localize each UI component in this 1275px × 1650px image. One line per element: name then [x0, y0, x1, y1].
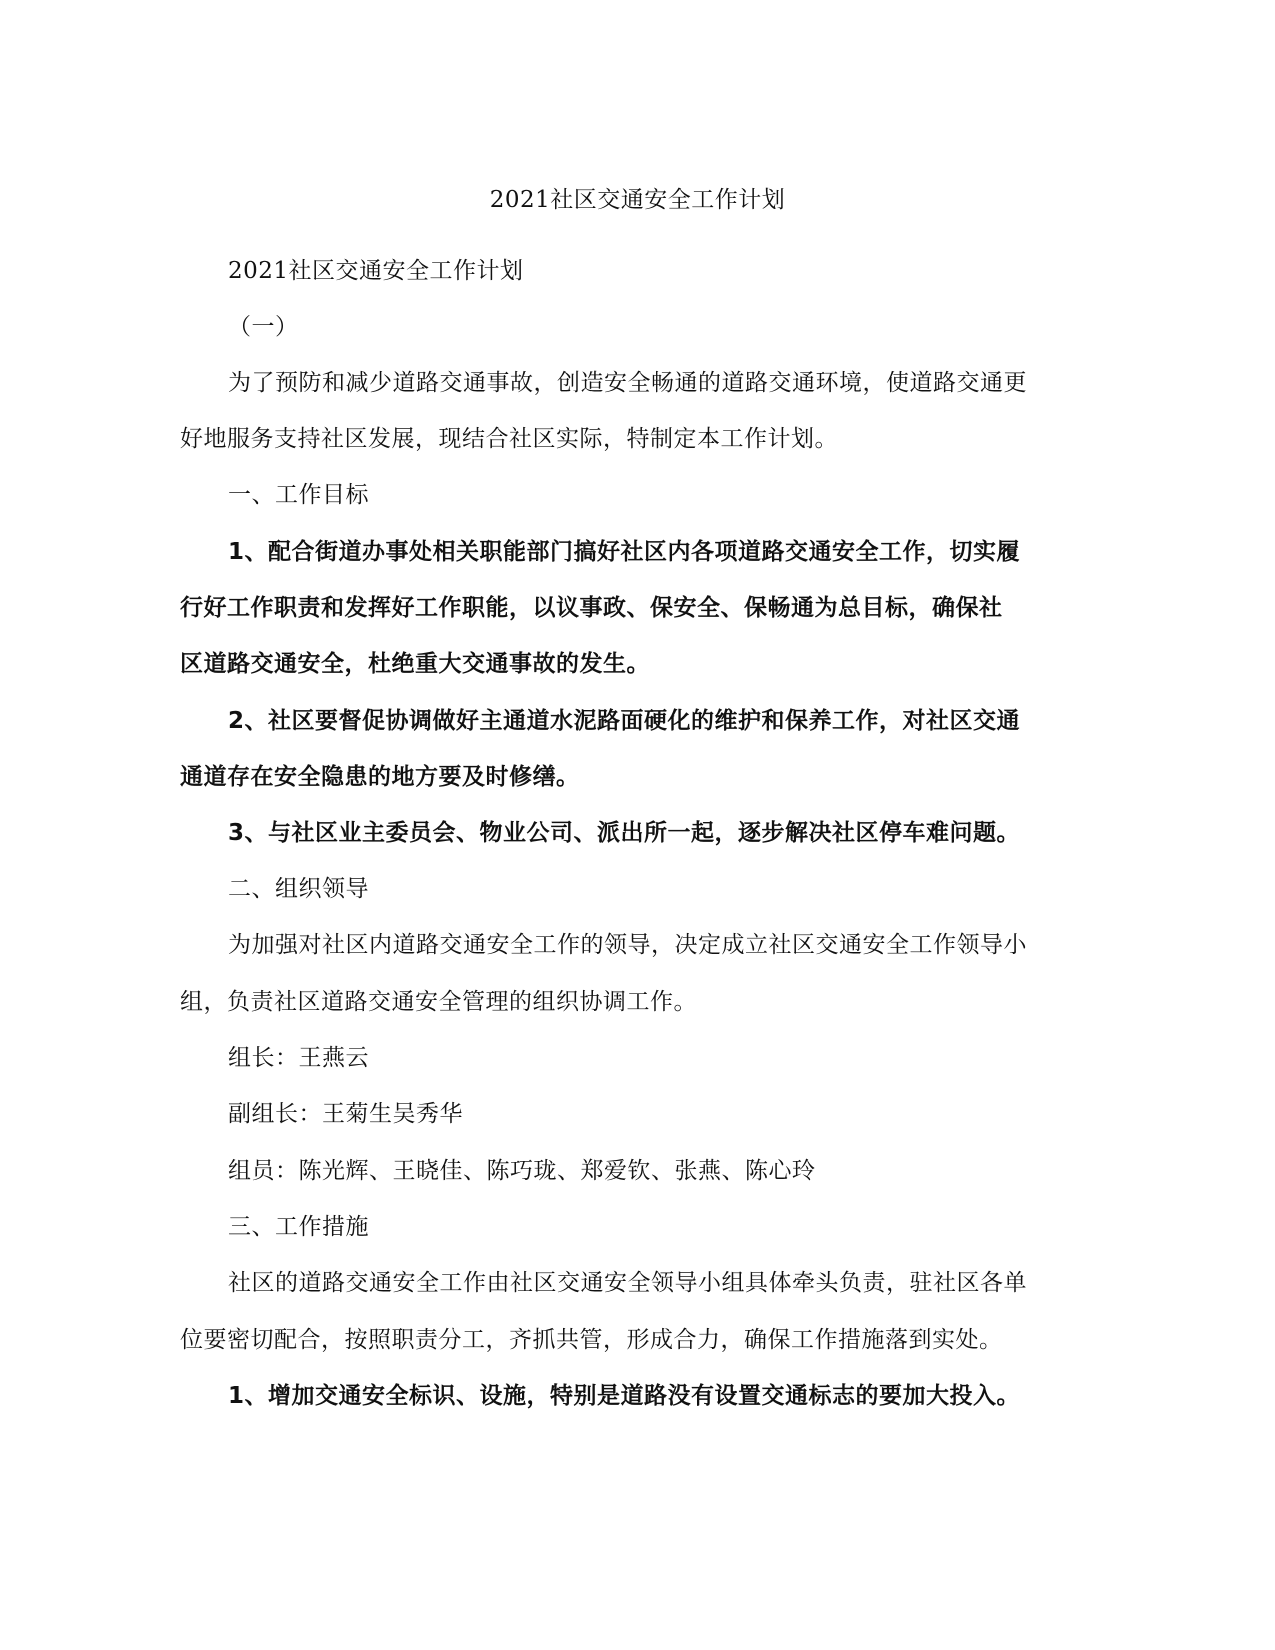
section-heading: 三、工作措施: [228, 1212, 369, 1242]
group-leader: 组长：王燕云: [228, 1043, 369, 1073]
group-members: 组员：陈光辉、王晓佳、陈巧珑、郑爱钦、张燕、陈心玲: [228, 1156, 816, 1186]
document-title: 2021社区交通安全工作计划: [0, 185, 1275, 215]
goal-item-2-cont: 通道存在安全隐患的地方要及时修缮。: [180, 762, 580, 792]
document-page: 2021社区交通安全工作计划 2021社区交通安全工作计划 （一） 为了预防和减…: [0, 0, 1275, 1650]
goal-item-1-cont: 行好工作职责和发挥好工作职能，以议事政、保安全、保畅通为总目标，确保社: [180, 593, 1003, 623]
goal-item-2: 2、社区要督促协调做好主通道水泥路面硬化的维护和保养工作，对社区交通: [228, 706, 1020, 736]
paragraph-line: 好地服务支持社区发展，现结合社区实际，特制定本工作计划。: [180, 424, 838, 454]
paragraph-line: 为了预防和减少道路交通事故，创造安全畅通的道路交通环境，使道路交通更: [228, 368, 1027, 398]
paragraph-line: 为加强对社区内道路交通安全工作的领导，决定成立社区交通安全工作领导小: [228, 930, 1027, 960]
measure-item-1: 1、增加交通安全标识、设施，特别是道路没有设置交通标志的要加大投入。: [228, 1381, 1020, 1411]
part-label: （一）: [228, 312, 299, 342]
document-subtitle: 2021社区交通安全工作计划: [228, 256, 524, 286]
paragraph-line: 位要密切配合，按照职责分工，齐抓共管，形成合力，确保工作措施落到实处。: [180, 1325, 1003, 1355]
section-heading: 一、工作目标: [228, 480, 369, 510]
goal-item-1: 1、配合街道办事处相关职能部门搞好社区内各项道路交通安全工作，切实履: [228, 537, 1020, 567]
goal-item-3: 3、与社区业主委员会、物业公司、派出所一起，逐步解决社区停车难问题。: [228, 818, 1020, 848]
deputy-leader: 副组长：王菊生吴秀华: [228, 1099, 463, 1129]
goal-item-1-cont: 区道路交通安全，杜绝重大交通事故的发生。: [180, 649, 650, 679]
paragraph-line: 组，负责社区道路交通安全管理的组织协调工作。: [180, 987, 697, 1017]
paragraph-line: 社区的道路交通安全工作由社区交通安全领导小组具体牵头负责，驻社区各单: [228, 1268, 1027, 1298]
section-heading: 二、组织领导: [228, 874, 369, 904]
